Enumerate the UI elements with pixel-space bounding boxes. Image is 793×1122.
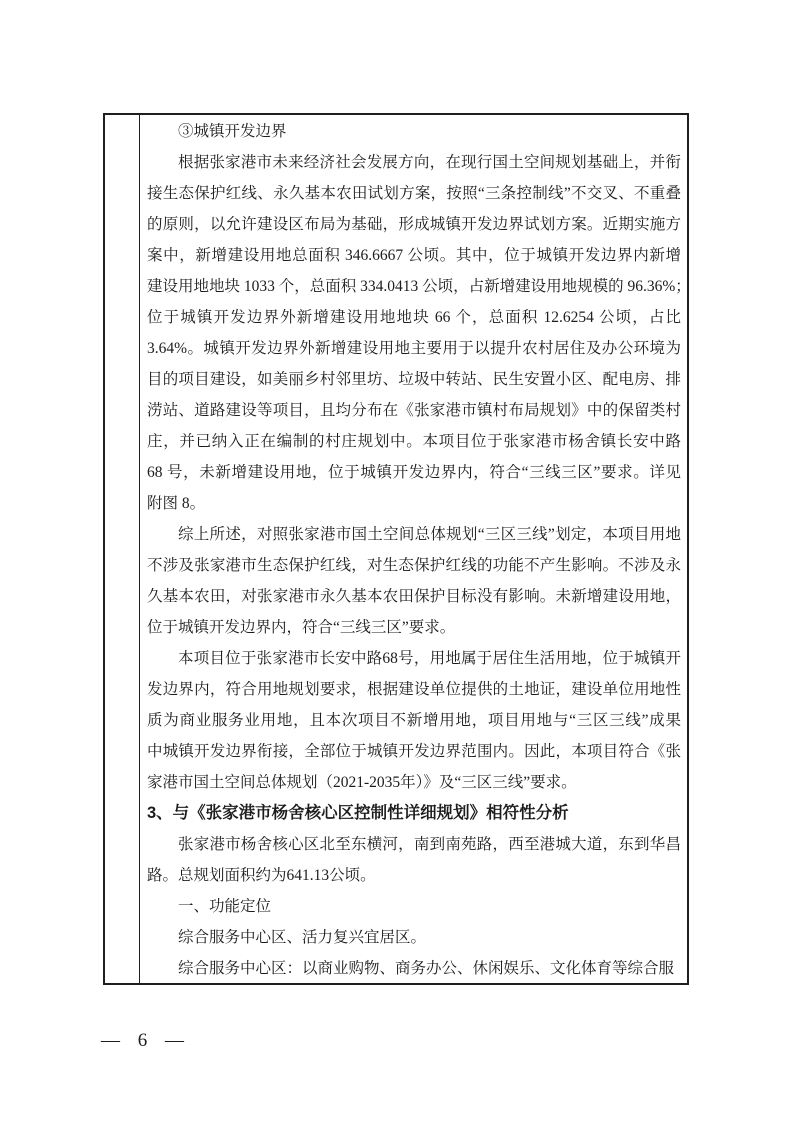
text-line: 3.64%。城镇开发边界外新增建设用地主要用于以提升农村居住及办公环境为 (147, 333, 681, 364)
text-line: 位于城镇开发边界内，符合“三线三区”要求。 (147, 612, 681, 643)
text-line: 的原则，以允许建设区布局为基础，形成城镇开发边界试划方案。近期实施方 (147, 209, 681, 240)
text-line: 路。总规划面积约为641.13公顷。 (147, 860, 681, 891)
para-section3-heading: 3、与《张家港市杨舍核心区控制性详细规划》相符性分析 (147, 798, 681, 829)
text-line: 一、功能定位 (147, 891, 681, 922)
para-boundary-body: 根据张家港市未来经济社会发展方向，在现行国土空间规划基础上，并衔接生态保护红线、… (147, 147, 681, 519)
text-line: 综合服务中心区、活力复兴宜居区。 (147, 922, 681, 953)
report-form-table: ③城镇开发边界 根据张家港市未来经济社会发展方向，在现行国土空间规划基础上，并衔… (103, 113, 689, 985)
para-function-positioning-body: 综合服务中心区、活力复兴宜居区。 (147, 922, 681, 953)
text-line: 接生态保护红线、永久基本农田试划方案，按照“三条控制线”不交叉、不重叠 (147, 178, 681, 209)
text-line: 涝站、道路建设等项目，且均分布在《张家港市镇村布局规划》中的保留类村 (147, 395, 681, 426)
text-line: 张家港市杨舍核心区北至东横河，南到南苑路，西至港城大道，东到华昌 (147, 829, 681, 860)
text-line: 建设用地地块 1033 个，总面积 334.0413 公顷，占新增建设用地规模的… (147, 271, 681, 302)
text-line: 根据张家港市未来经济社会发展方向，在现行国土空间规划基础上，并衔 (147, 147, 681, 178)
text-line: 3、与《张家港市杨舍核心区控制性详细规划》相符性分析 (147, 798, 681, 829)
text-line: 案中，新增建设用地总面积 346.6667 公顷。其中，位于城镇开发边界内新增 (147, 240, 681, 271)
para-three-zones-summary: 综上所述，对照张家港市国土空间总体规划“三区三线”划定，本项目用地不涉及张家港市… (147, 519, 681, 643)
text-line: 发边界内，符合用地规划要求，根据建设单位提供的土地证，建设单位用地性 (147, 674, 681, 705)
text-line: 家港市国土空间总体规划（2021-2035年）》及“三区三线”要求。 (147, 767, 681, 798)
text-line: 综上所述，对照张家港市国土空间总体规划“三区三线”划定，本项目用地 (147, 519, 681, 550)
text-line: 位于城镇开发边界外新增建设用地地块 66 个，总面积 12.6254 公顷，占比 (147, 302, 681, 333)
text-line: 68 号，未新增建设用地，位于城镇开发边界内，符合“三线三区”要求。详见 (147, 457, 681, 488)
text-line: 久基本农田，对张家港市永久基本农田保护目标没有影响。未新增建设用地， (147, 581, 681, 612)
text-line: 不涉及张家港市生态保护红线，对生态保护红线的功能不产生影响。不涉及永 (147, 550, 681, 581)
para-service-center-desc: 综合服务中心区：以商业购物、商务办公、休闲娱乐、文化体育等综合服 (147, 953, 681, 983)
text-line: ③城镇开发边界 (147, 116, 681, 147)
document-page: ③城镇开发边界 根据张家港市未来经济社会发展方向，在现行国土空间规划基础上，并衔… (0, 0, 793, 1122)
text-line: 质为商业服务业用地，且本次项目不新增用地，项目用地与“三区三线”成果 (147, 705, 681, 736)
text-line: 庄，并已纳入正在编制的村庄规划中。本项目位于张家港市杨舍镇长安中路 (147, 426, 681, 457)
text-line: 目的项目建设，如美丽乡村邻里坊、垃圾中转站、民生安置小区、配电房、排 (147, 364, 681, 395)
text-line: 本项目位于张家港市长安中路68号，用地属于居住生活用地，位于城镇开 (147, 643, 681, 674)
para-boundary-subheading: ③城镇开发边界 (147, 116, 681, 147)
table-content-cell: ③城镇开发边界 根据张家港市未来经济社会发展方向，在现行国土空间规划基础上，并衔… (140, 115, 687, 983)
text-line: 中城镇开发边界衔接，全部位于城镇开发边界范围内。因此，本项目符合《张 (147, 736, 681, 767)
text-line: 综合服务中心区：以商业购物、商务办公、休闲娱乐、文化体育等综合服 (147, 953, 681, 983)
para-core-area-scope: 张家港市杨舍核心区北至东横河，南到南苑路，西至港城大道，东到华昌路。总规划面积约… (147, 829, 681, 891)
para-function-positioning-heading: 一、功能定位 (147, 891, 681, 922)
footer-page-number: — 6 — (101, 1030, 184, 1052)
para-project-compliance: 本项目位于张家港市长安中路68号，用地属于居住生活用地，位于城镇开发边界内，符合… (147, 643, 681, 798)
text-line: 附图 8。 (147, 488, 681, 519)
table-stub-column (105, 115, 140, 983)
